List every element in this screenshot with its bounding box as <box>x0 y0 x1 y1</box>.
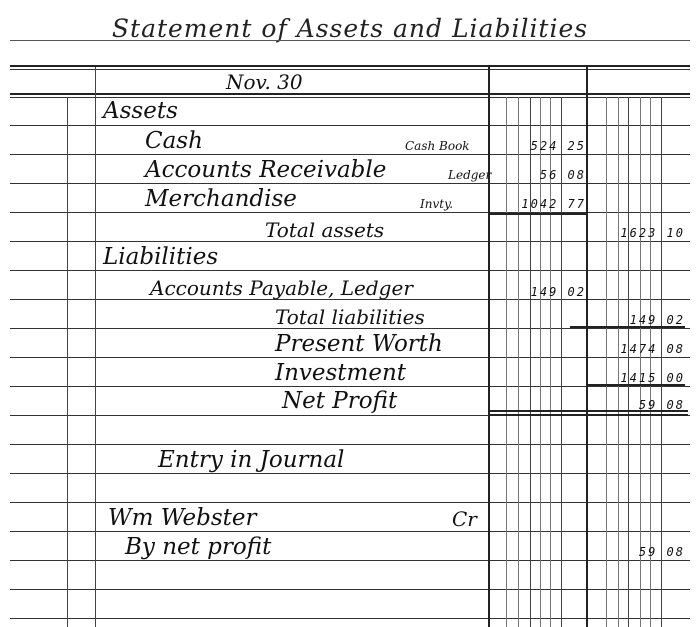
row-rule <box>10 386 690 387</box>
row-rule <box>10 357 690 358</box>
liability-amount: 149 02 <box>508 285 586 299</box>
total-assets-label: Total assets <box>265 218 384 242</box>
document-title: Statement of Assets and Liabilities <box>0 14 700 43</box>
total-liabilities-label: Total liabilities <box>275 305 425 329</box>
asset-label: Merchandise <box>145 186 297 212</box>
title-underline <box>10 40 690 41</box>
row-rule <box>10 502 690 503</box>
row-rule <box>10 444 690 445</box>
header-top-rule <box>10 65 690 67</box>
asset-source: Invty. <box>420 197 453 211</box>
total-assets-amount: 1623 10 <box>590 226 685 240</box>
assets-heading: Assets <box>103 98 178 124</box>
row-rule <box>10 270 690 271</box>
row-rule <box>10 154 690 155</box>
journal-entry-amount: 59 08 <box>590 545 685 559</box>
row-rule <box>10 589 690 590</box>
investment-label: Investment <box>275 360 406 386</box>
liabilities-heading: Liabilities <box>103 244 218 270</box>
asset-label: Cash <box>145 128 203 154</box>
row-rule <box>10 183 690 184</box>
journal-heading: Entry in Journal <box>158 447 344 473</box>
margin-rule <box>67 97 68 627</box>
outer-column-left-edge <box>586 67 588 627</box>
asset-amount: 1042 77 <box>494 197 586 211</box>
liability-label: Accounts Payable, Ledger <box>150 276 413 300</box>
column-rule <box>506 97 507 627</box>
net-profit-amount: 59 08 <box>590 398 685 412</box>
asset-source: Ledger <box>448 168 491 182</box>
present-worth-amount: 1474 08 <box>590 342 685 356</box>
journal-account: Wm Webster <box>108 505 257 531</box>
total-liabilities-amount: 149 02 <box>590 313 685 327</box>
row-rule <box>10 473 690 474</box>
row-rule <box>10 531 690 532</box>
asset-label: Accounts Receivable <box>145 157 386 183</box>
inner-column-left-edge <box>488 67 490 627</box>
row-rule <box>10 618 690 619</box>
present-worth-label: Present Worth <box>275 331 443 357</box>
row-rule <box>10 560 690 561</box>
asset-amount: 524 25 <box>508 139 586 153</box>
journal-side: Cr <box>452 507 477 531</box>
date-header: Nov. 30 <box>226 70 303 94</box>
row-rule <box>10 212 690 213</box>
investment-amount: 1415 00 <box>590 371 685 385</box>
net-profit-label: Net Profit <box>282 388 397 414</box>
row-rule <box>10 125 690 126</box>
journal-entry-label: By net profit <box>125 534 271 560</box>
net-profit-double-rule-2 <box>488 414 688 416</box>
asset-source: Cash Book <box>405 139 470 153</box>
description-rule <box>95 67 96 627</box>
header-top-rule-2 <box>10 69 690 70</box>
asset-amount: 56 08 <box>508 168 586 182</box>
assets-footing-rule <box>490 213 586 215</box>
header-bottom-rule <box>10 93 690 95</box>
